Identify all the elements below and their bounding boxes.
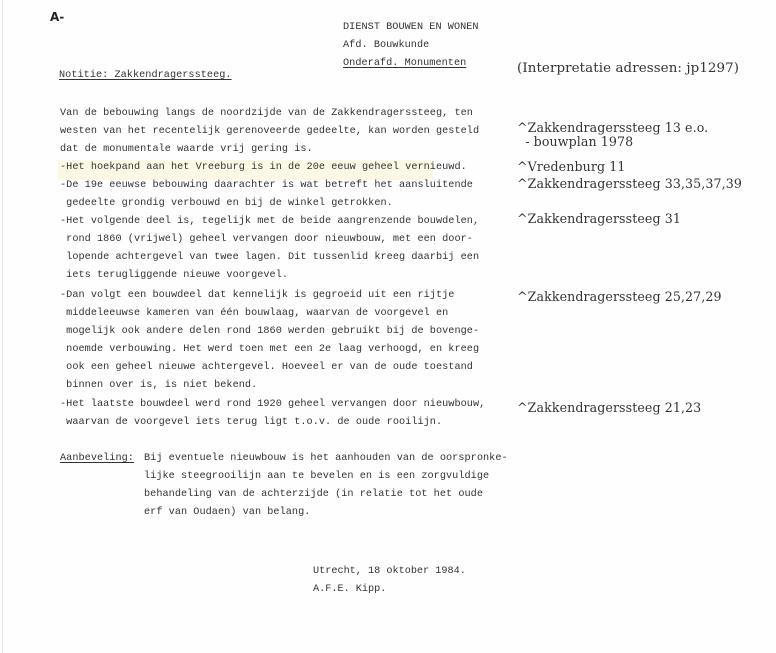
address-annotation: ^Zakkendragerssteeg 21,23 [517, 401, 701, 414]
text-line: westen van het recentelijk gerenoveerde … [60, 126, 479, 138]
address-annotation: ^Zakkendragerssteeg 13 e.o. [517, 121, 708, 134]
text-line: erf van Oudaen) van belang. [144, 507, 310, 519]
recommendation-label: Aanbeveling: [60, 453, 134, 465]
letterhead-department: DIENST BOUWEN EN WONEN [343, 22, 479, 34]
text-line: rond 1860 (vrijwel) geheel vervangen doo… [60, 234, 473, 246]
intro-paragraph: Van de bebouwing langs de noordzijde van… [60, 108, 85, 168]
place-date: Utrecht, 18 oktober 1984. [313, 566, 466, 577]
scan-edge [2, 0, 3, 653]
text-line: -Dan volgt een bouwdeel dat kennelijk is… [60, 290, 454, 302]
text-line: -Het hoekpand aan het Vreeburg is in de … [60, 162, 467, 174]
address-annotation: ^Zakkendragerssteeg 25,27,29 [517, 290, 722, 303]
interpretation-note: (Interpretatie adressen: jp1297) [517, 62, 739, 75]
text-line: iets terugliggende nieuwe voorgevel. [60, 270, 288, 282]
address-annotation: ^Zakkendragerssteeg 33,35,37,39 [517, 177, 742, 190]
corner-mark: A- [50, 10, 64, 24]
text-line: ook een geheel nieuwe achtergevel. Hoeve… [60, 362, 473, 374]
text-line: -Het laatste bouwdeel werd rond 1920 geh… [60, 399, 485, 411]
address-annotation: - bouwplan 1978 [517, 135, 633, 148]
text-line: mogelijk ook andere delen rond 1860 werd… [60, 326, 479, 338]
subject-line: Notitie: Zakkendragerssteeg. [59, 70, 232, 82]
text-line: behandeling van de achterzijde (in relat… [144, 489, 483, 501]
item-next-section: -Het volgende deel is, tegelijk met de b… [60, 216, 85, 288]
recommendation-text: Bij eventuele nieuwbouw is het aanhouden… [144, 453, 169, 525]
text-line: binnen over is, is niet bekend. [60, 380, 257, 392]
address-annotation: ^Vredenburg 11 [517, 160, 625, 173]
text-line: lijke steegrooilijn aan te bevelen en is… [144, 471, 489, 483]
letterhead-division: Afd. Bouwkunde [343, 40, 429, 52]
text-line: lopende achtergevel van twee lagen. Dit … [60, 252, 479, 264]
letterhead-subdivision: Onderafd. Monumenten [343, 58, 466, 70]
text-line: middeleeuwse kameren van één bouwlaag, w… [60, 308, 448, 320]
text-line: Bij eventuele nieuwbouw is het aanhouden… [144, 453, 508, 465]
document-page: A- DIENST BOUWEN EN WONEN Afd. Bouwkunde… [0, 0, 776, 653]
text-line: gedeelte grondig verbouwd en bij de wink… [60, 198, 393, 210]
text-line: -Het volgende deel is, tegelijk met de b… [60, 216, 479, 228]
item-last-section: -Het laatste bouwdeel werd rond 1920 geh… [60, 399, 85, 447]
address-annotation: ^Zakkendragerssteeg 31 [517, 212, 681, 225]
text-line: dat de monumentale waarde vrij gering is… [60, 144, 313, 156]
text-line: Van de bebouwing langs de noordzijde van… [60, 108, 473, 120]
item-medieval-section: -Dan volgt een bouwdeel dat kennelijk is… [60, 290, 85, 386]
signatory-name: A.F.E. Kipp. [313, 584, 386, 595]
text-line: -De 19e eeuwse bebouwing daarachter is w… [60, 180, 473, 192]
text-line: noemde verbouwing. Het werd toen met een… [60, 344, 479, 356]
text-line: waarvan de voorgevel iets terug ligt t.o… [60, 417, 442, 429]
